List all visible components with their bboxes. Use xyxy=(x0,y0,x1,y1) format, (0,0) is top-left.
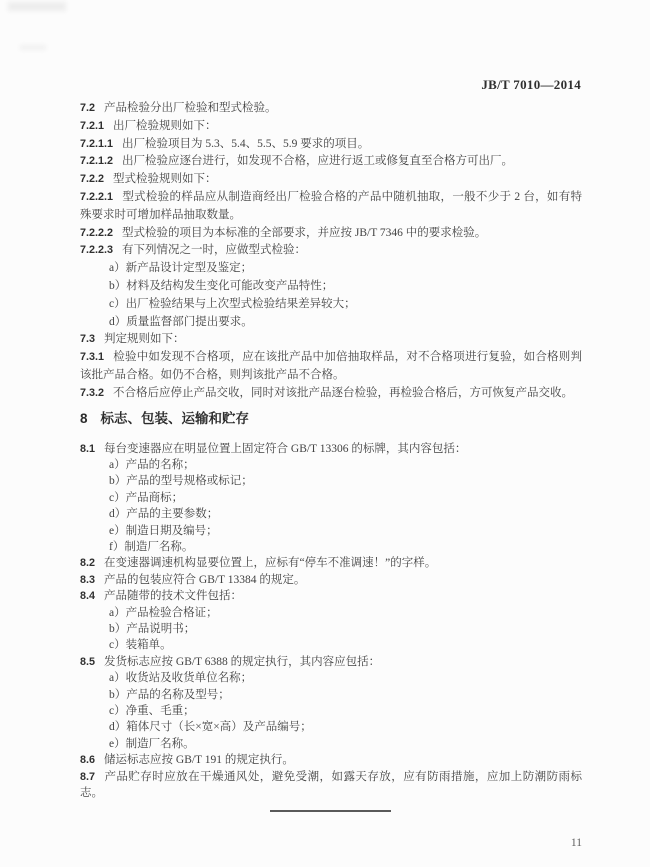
clause-text: 型式检验的样品应从制造商经出厂检验合格的产品中随机抽取，一般不少于 2 台，如有… xyxy=(80,191,582,221)
clause-text: 有下列情况之一时，应做型式检验： xyxy=(122,244,306,256)
clause-text: 储运标志应按 GB/T 191 的规定执行。 xyxy=(104,754,294,766)
section-heading-number: 8 xyxy=(80,411,88,426)
document-body: 7.2产品检验分出厂检验和型式检验。7.2.1出厂检验规则如下：7.2.1.1出… xyxy=(80,100,582,801)
clause-text: 判定规则如下： xyxy=(104,333,185,345)
clause-text: 检验中如发现不合格项，应在该批产品中加倍抽取样品，对不合格项进行复验，如合格则判… xyxy=(80,351,582,381)
list-item: b）产品说明书； xyxy=(80,621,582,637)
clause-text: 出厂检验应逐台进行，如发现不合格，应进行返工或修复直至合格方可出厂。 xyxy=(122,155,513,167)
footer-divider xyxy=(270,810,391,812)
list-item: e）制造厂名称。 xyxy=(80,736,582,752)
clause-text: 产品的包装应符合 GB/T 13384 的规定。 xyxy=(104,574,305,586)
clause-number: 7.2.2.1 xyxy=(80,191,113,203)
clause-number: 7.2.1.2 xyxy=(80,155,113,167)
clause-paragraph: 7.2.1出厂检验规则如下： xyxy=(80,118,582,136)
list-item: d）产品的主要参数； xyxy=(80,506,582,522)
scan-artifact xyxy=(8,2,66,11)
list-item: c）产品商标； xyxy=(80,490,582,506)
clause-number: 7.2.1 xyxy=(80,120,104,132)
clause-number: 7.2.2.2 xyxy=(80,227,113,239)
clause-text: 发货标志应按 GB/T 6388 的规定执行，其内容应包括： xyxy=(104,656,380,668)
clause-number: 7.3 xyxy=(80,333,95,345)
list-item: b）产品的型号规格或标记； xyxy=(80,473,582,489)
clause-text: 出厂检验项目为 5.3、5.4、5.5、5.9 要求的项目。 xyxy=(122,138,369,150)
section-8-marking-packaging: 8.1每台变速器应在明显位置上固定符合 GB/T 13306 的标牌，其内容包括… xyxy=(80,441,582,802)
standard-number: JB/T 7010—2014 xyxy=(481,77,581,92)
list-item: c）净重、毛重； xyxy=(80,703,582,719)
clause-number: 7.2.2 xyxy=(80,173,104,185)
clause-number: 8.6 xyxy=(80,754,95,766)
list-item: d）箱体尺寸（长×宽×高）及产品编号； xyxy=(80,719,582,735)
clause-paragraph: 7.2.1.2出厂检验应逐台进行，如发现不合格，应进行返工或修复直至合格方可出厂… xyxy=(80,153,582,171)
section-8-heading: 8标志、包装、运输和贮存 xyxy=(80,409,582,429)
list-item: c）装箱单。 xyxy=(80,637,582,653)
clause-text: 型式检验的项目为本标准的全部要求，并应按 JB/T 7346 中的要求检验。 xyxy=(122,227,486,239)
list-item: a）新产品设计定型及鉴定； xyxy=(80,260,582,278)
clause-text: 在变速器调速机构显要位置上，应标有“停车不准调速！”的字样。 xyxy=(104,557,436,569)
clause-paragraph: 8.7产品贮存时应放在干燥通风处，避免受潮，如露天存放，应有防雨措施，应加上防潮… xyxy=(80,769,582,802)
list-item: b）材料及结构发生变化可能改变产品特性； xyxy=(80,278,582,296)
list-item: d）质量监督部门提出要求。 xyxy=(80,314,582,332)
clause-paragraph: 7.2.2.1型式检验的样品应从制造商经出厂检验合格的产品中随机抽取，一般不少于… xyxy=(80,189,582,225)
clause-paragraph: 7.3.2不合格后应停止产品交收，同时对该批产品逐台检验，再检验合格后，方可恢复… xyxy=(80,385,582,403)
clause-text: 不合格后应停止产品交收，同时对该批产品逐台检验，再检验合格后，方可恢复产品交收。 xyxy=(113,387,573,399)
list-item: a）产品的名称； xyxy=(80,457,582,473)
list-item: e）制造日期及编号； xyxy=(80,523,582,539)
clause-paragraph: 8.3产品的包装应符合 GB/T 13384 的规定。 xyxy=(80,572,582,588)
clause-number: 8.5 xyxy=(80,656,95,668)
clause-number: 8.4 xyxy=(80,590,95,602)
clause-text: 每台变速器应在明显位置上固定符合 GB/T 13306 的标牌，其内容包括： xyxy=(104,443,466,455)
clause-number: 8.2 xyxy=(80,557,95,569)
clause-number: 7.3.2 xyxy=(80,387,104,399)
list-item: a）产品检验合格证； xyxy=(80,605,582,621)
clause-number: 7.2 xyxy=(80,102,95,114)
clause-text: 产品贮存时应放在干燥通风处，避免受潮，如露天存放，应有防雨措施，应加上防潮防雨标… xyxy=(80,771,582,799)
clause-text: 型式检验规则如下： xyxy=(113,173,217,185)
clause-paragraph: 7.2.2.2型式检验的项目为本标准的全部要求，并应按 JB/T 7346 中的… xyxy=(80,225,582,243)
clause-number: 8.3 xyxy=(80,574,95,586)
clause-number: 8.7 xyxy=(80,771,95,783)
list-item: c）出厂检验结果与上次型式检验结果差异较大； xyxy=(80,296,582,314)
clause-paragraph: 8.5发货标志应按 GB/T 6388 的规定执行，其内容应包括： xyxy=(80,654,582,670)
clause-paragraph: 8.6储运标志应按 GB/T 191 的规定执行。 xyxy=(80,752,582,768)
clause-paragraph: 7.3.1检验中如发现不合格项，应在该批产品中加倍抽取样品，对不合格项进行复验，… xyxy=(80,349,582,385)
clause-paragraph: 7.2产品检验分出厂检验和型式检验。 xyxy=(80,100,582,118)
section-7-inspection-rules: 7.2产品检验分出厂检验和型式检验。7.2.1出厂检验规则如下：7.2.1.1出… xyxy=(80,100,582,403)
page-number: 11 xyxy=(556,837,582,849)
clause-paragraph: 7.2.2型式检验规则如下： xyxy=(80,171,582,189)
scan-artifact xyxy=(20,45,46,50)
clause-paragraph: 7.3判定规则如下： xyxy=(80,331,582,349)
clause-text: 出厂检验规则如下： xyxy=(113,120,217,132)
clause-paragraph: 8.2在变速器调速机构显要位置上，应标有“停车不准调速！”的字样。 xyxy=(80,555,582,571)
section-heading-title: 标志、包装、运输和贮存 xyxy=(101,411,250,426)
clause-paragraph: 8.1每台变速器应在明显位置上固定符合 GB/T 13306 的标牌，其内容包括… xyxy=(80,441,582,457)
clause-number: 7.2.2.3 xyxy=(80,244,113,256)
page-header: JB/T 7010—2014 xyxy=(80,77,581,93)
clause-paragraph: 7.2.2.3有下列情况之一时，应做型式检验： xyxy=(80,242,582,260)
list-item: a）收货站及收货单位名称； xyxy=(80,670,582,686)
clause-paragraph: 7.2.1.1出厂检验项目为 5.3、5.4、5.5、5.9 要求的项目。 xyxy=(80,136,582,154)
clause-number: 7.2.1.1 xyxy=(80,138,113,150)
clause-number: 7.3.1 xyxy=(80,351,104,363)
document-page: JB/T 7010—2014 7.2产品检验分出厂检验和型式检验。7.2.1出厂… xyxy=(0,0,650,867)
clause-number: 8.1 xyxy=(80,443,95,455)
clause-text: 产品检验分出厂检验和型式检验。 xyxy=(104,102,277,114)
clause-paragraph: 8.4产品随带的技术文件包括： xyxy=(80,588,582,604)
clause-text: 产品随带的技术文件包括： xyxy=(104,590,242,602)
list-item: b）产品的名称及型号； xyxy=(80,687,582,703)
list-item: f）制造厂名称。 xyxy=(80,539,582,555)
